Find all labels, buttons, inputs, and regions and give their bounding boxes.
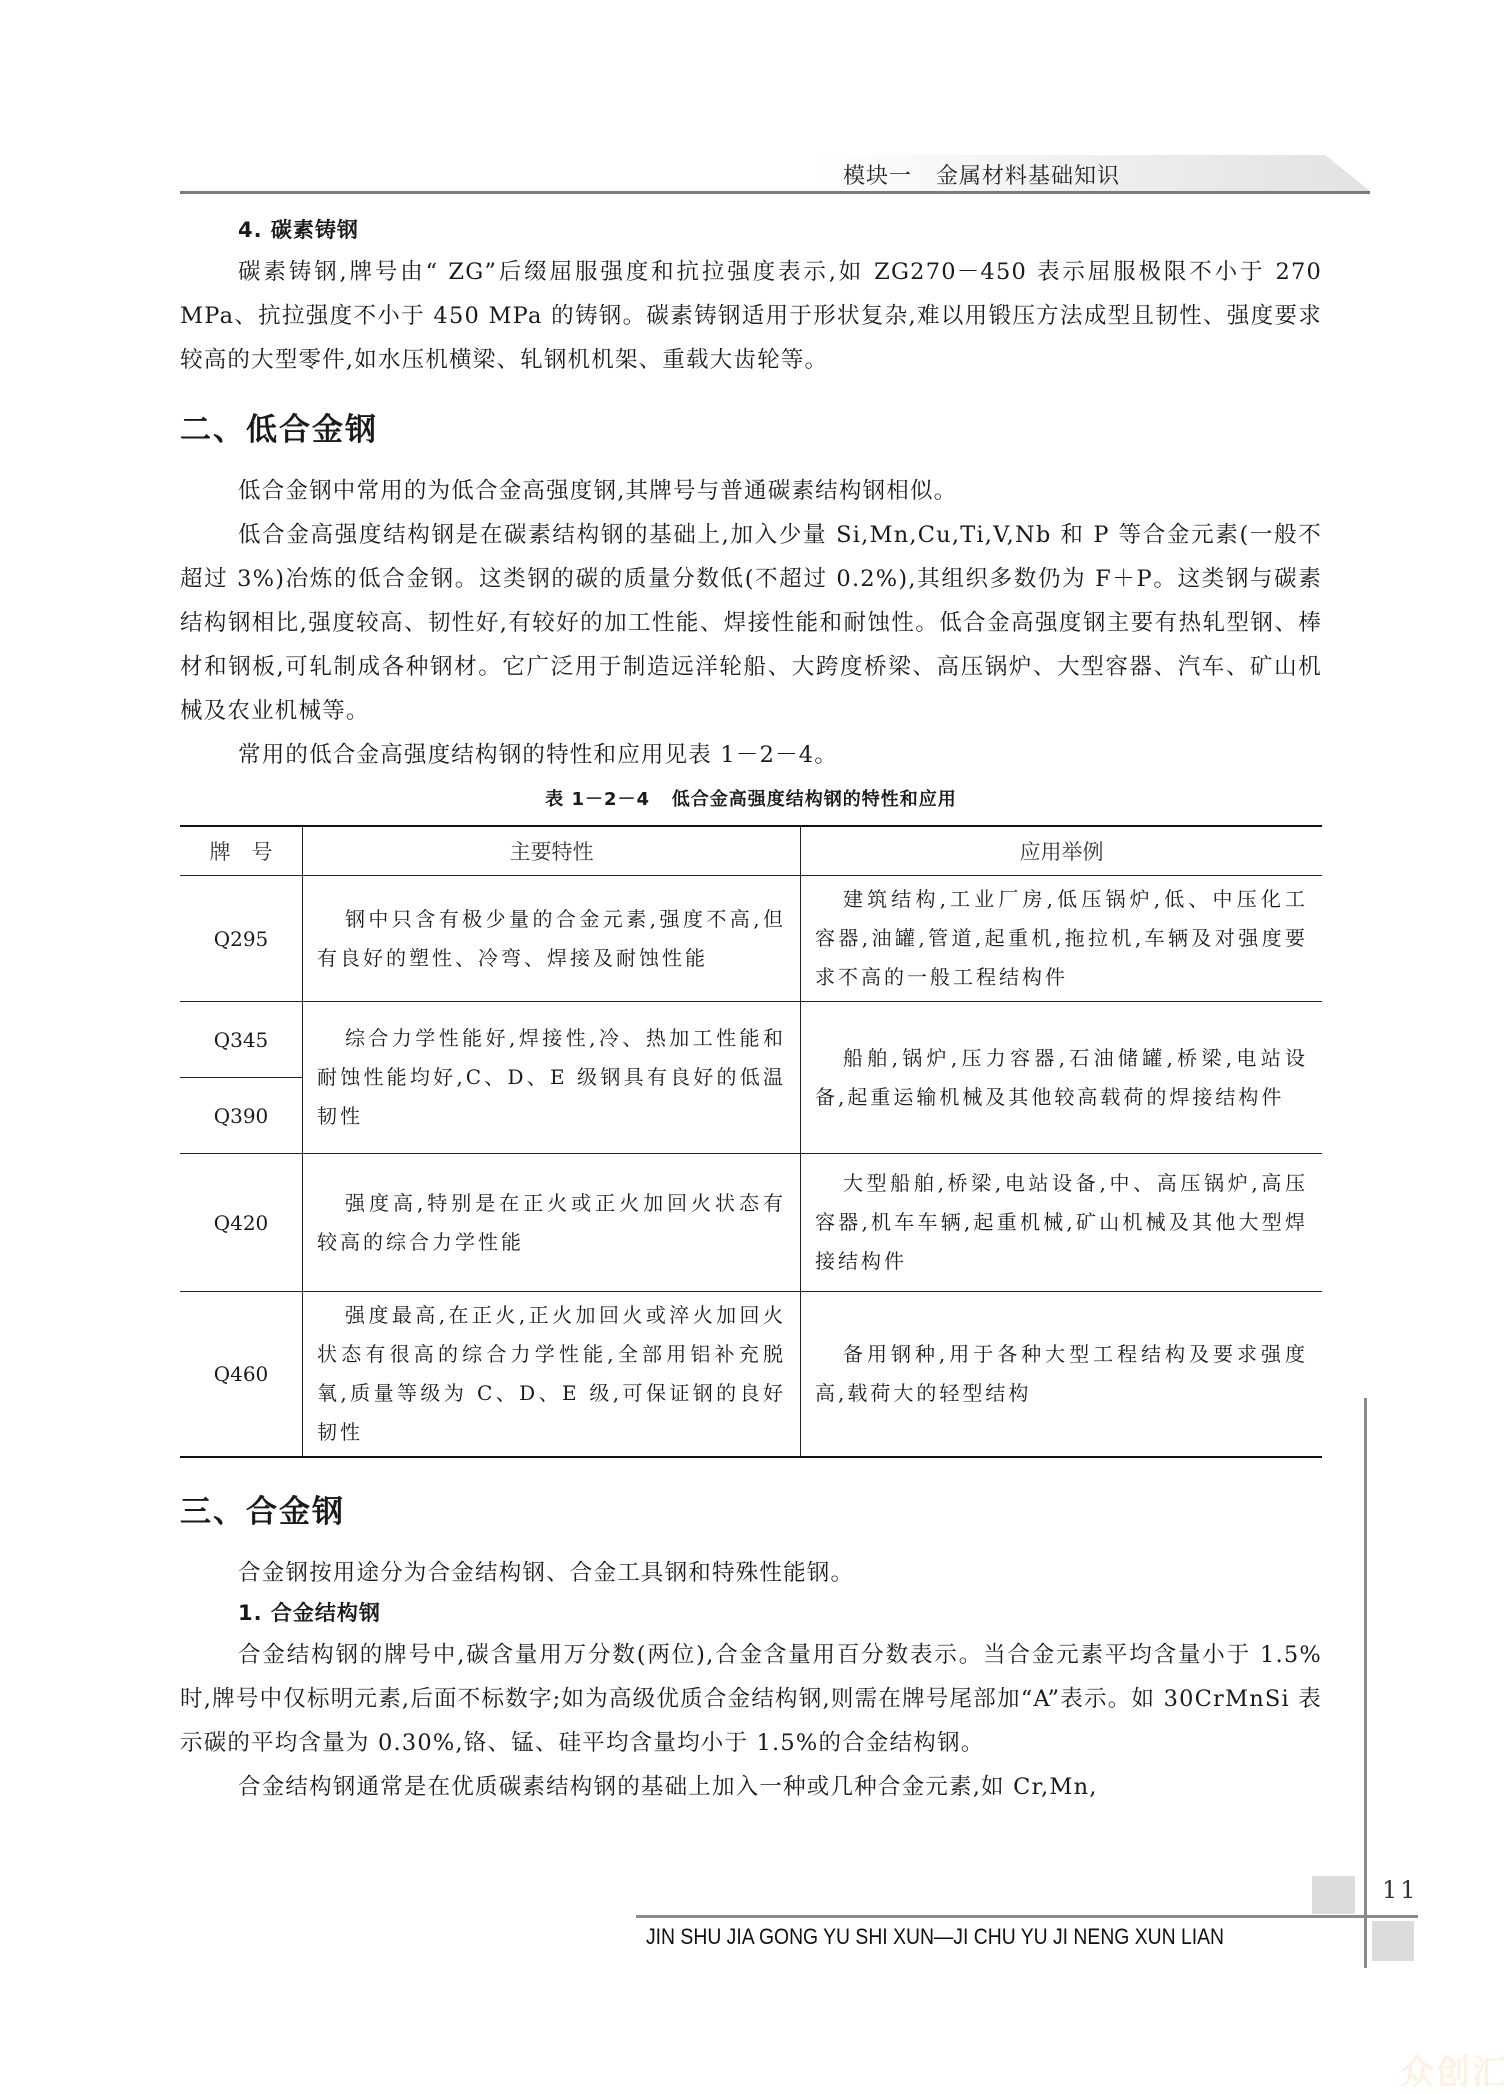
- page-number-box: [1312, 1876, 1355, 1914]
- table-row: Q460 强度最高,在正火,正火加回火或淬火加回火状态有很高的综合力学性能,全部…: [180, 1292, 1322, 1458]
- paragraph-cast-steel: 碳素铸钢,牌号由“ ZG”后缀屈服强度和抗拉强度表示,如 ZG270－450 表…: [180, 250, 1322, 382]
- applications-cell: 大型船舶,桥梁,电站设备,中、高压锅炉,高压容器,机车车辆,起重机械,矿山机械及…: [801, 1154, 1323, 1292]
- page-body: 4. 碳素铸钢 碳素铸钢,牌号由“ ZG”后缀屈服强度和抗拉强度表示,如 ZG2…: [180, 214, 1322, 1809]
- column-header-properties: 主要特性: [303, 826, 801, 876]
- grade-cell: Q295: [180, 876, 303, 1002]
- applications-text: 大型船舶,桥梁,电站设备,中、高压锅炉,高压容器,机车车辆,起重机械,矿山机械及…: [801, 1160, 1322, 1285]
- paragraph-alloy-intro: 合金钢按用途分为合金结构钢、合金工具钢和特殊性能钢。: [180, 1551, 1322, 1595]
- paragraph-alloy-1: 合金结构钢的牌号中,碳含量用万分数(两位),合金含量用百分数表示。当合金元素平均…: [180, 1633, 1322, 1765]
- properties-cell: 综合力学性能好,焊接性,冷、热加工性能和耐蚀性能均好,C、D、E 级钢具有良好的…: [303, 1002, 801, 1154]
- footer-decor-box: [1372, 1921, 1414, 1961]
- properties-text: 综合力学性能好,焊接性,冷、热加工性能和耐蚀性能均好,C、D、E 级钢具有良好的…: [303, 1015, 800, 1140]
- watermark-logo: 众创汇景: [1400, 2045, 1504, 2094]
- paragraph-low-alloy-1: 低合金钢中常用的为低合金高强度钢,其牌号与普通碳素结构钢相似。: [180, 469, 1322, 513]
- book-title-pinyin: JIN SHU JIA GONG YU SHI XUN—JI CHU YU JI…: [646, 1924, 1224, 1950]
- footer-horizontal-rule: [636, 1915, 1418, 1918]
- properties-text: 强度最高,在正火,正火加回火或淬火加回火状态有很高的综合力学性能,全部用铝补充脱…: [303, 1292, 800, 1456]
- applications-cell: 建筑结构,工业厂房,低压锅炉,低、中压化工容器,油罐,管道,起重机,拖拉机,车辆…: [801, 876, 1323, 1002]
- grade-cell: Q390: [180, 1078, 303, 1154]
- section-heading-alloy: 三、合金钢: [180, 1486, 1322, 1531]
- grade-cell: Q345: [180, 1002, 303, 1078]
- footer-vertical-rule: [1364, 1398, 1367, 1968]
- table-header-row: 牌 号 主要特性 应用举例: [180, 826, 1322, 876]
- applications-text: 备用钢种,用于各种大型工程结构及要求强度高,载荷大的轻型结构: [801, 1331, 1322, 1417]
- table-caption: 表 1－2－4 低合金高强度结构钢的特性和应用: [180, 785, 1322, 811]
- table-row: Q295 钢中只含有极少量的合金元素,强度不高,但有良好的塑性、冷弯、焊接及耐蚀…: [180, 876, 1322, 1002]
- low-alloy-steel-table: 牌 号 主要特性 应用举例 Q295 钢中只含有极少量的合金元素,强度不高,但有…: [180, 825, 1322, 1458]
- subsection-heading-alloy-structural: 1. 合金结构钢: [238, 1597, 1322, 1627]
- table-row: Q345 综合力学性能好,焊接性,冷、热加工性能和耐蚀性能均好,C、D、E 级钢…: [180, 1002, 1322, 1078]
- table-row: Q420 强度高,特别是在正火或正火加回火状态有较高的综合力学性能 大型船舶,桥…: [180, 1154, 1322, 1292]
- properties-cell: 强度最高,在正火,正火加回火或淬火加回火状态有很高的综合力学性能,全部用铝补充脱…: [303, 1292, 801, 1458]
- paragraph-low-alloy-3: 常用的低合金高强度结构钢的特性和应用见表 1－2－4。: [180, 733, 1322, 777]
- column-header-grade: 牌 号: [180, 826, 303, 876]
- paragraph-low-alloy-2: 低合金高强度结构钢是在碳素结构钢的基础上,加入少量 Si,Mn,Cu,Ti,V,…: [180, 513, 1322, 733]
- header-rule: [180, 191, 1370, 194]
- properties-text: 钢中只含有极少量的合金元素,强度不高,但有良好的塑性、冷弯、焊接及耐蚀性能: [303, 896, 800, 982]
- subsection-heading-cast-steel: 4. 碳素铸钢: [238, 214, 1322, 244]
- applications-text: 建筑结构,工业厂房,低压锅炉,低、中压化工容器,油罐,管道,起重机,拖拉机,车辆…: [801, 876, 1322, 1001]
- properties-cell: 强度高,特别是在正火或正火加回火状态有较高的综合力学性能: [303, 1154, 801, 1292]
- section-heading-low-alloy: 二、低合金钢: [180, 404, 1322, 449]
- grade-cell: Q420: [180, 1154, 303, 1292]
- applications-text: 船舶,锅炉,压力容器,石油储罐,桥梁,电站设备,起重运输机械及其他较高载荷的焊接…: [801, 1035, 1322, 1121]
- properties-text: 强度高,特别是在正火或正火加回火状态有较高的综合力学性能: [303, 1180, 800, 1266]
- grade-cell: Q460: [180, 1292, 303, 1458]
- chapter-title: 模块一 金属材料基础知识: [843, 159, 1120, 190]
- paragraph-alloy-2: 合金结构钢通常是在优质碳素结构钢的基础上加入一种或几种合金元素,如 Cr,Mn,: [180, 1765, 1322, 1809]
- page-number: 11: [1382, 1876, 1419, 1904]
- column-header-applications: 应用举例: [801, 826, 1323, 876]
- applications-cell: 备用钢种,用于各种大型工程结构及要求强度高,载荷大的轻型结构: [801, 1292, 1323, 1458]
- applications-cell: 船舶,锅炉,压力容器,石油储罐,桥梁,电站设备,起重运输机械及其他较高载荷的焊接…: [801, 1002, 1323, 1154]
- running-header: 模块一 金属材料基础知识: [180, 155, 1370, 195]
- properties-cell: 钢中只含有极少量的合金元素,强度不高,但有良好的塑性、冷弯、焊接及耐蚀性能: [303, 876, 801, 1002]
